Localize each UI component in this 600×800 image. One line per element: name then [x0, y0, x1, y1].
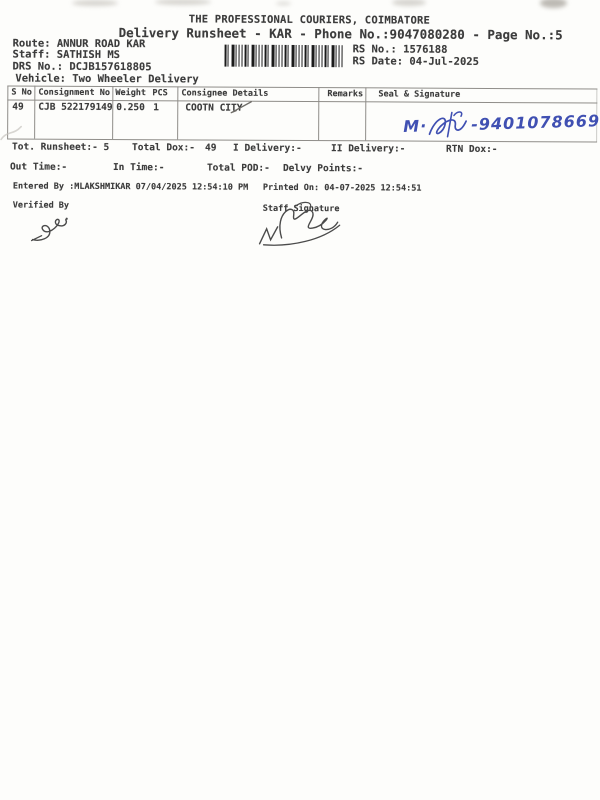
staff-signature [252, 198, 348, 249]
document-content: THE PROFESSIONAL COURIERS, COIMBATORE De… [0, 0, 600, 800]
times-in-time: In Time:- [113, 163, 165, 174]
cell-s-no: 49 [12, 102, 24, 112]
col-header-seal-signature: Seal & Signature [378, 90, 460, 100]
handwriting-number: -9401078669 [471, 111, 600, 134]
totals-ii-delivery: II Delivery:- [331, 144, 405, 155]
pen-check-mark [229, 99, 257, 115]
col-header-pcs: PCS [152, 89, 167, 98]
vehicle-line: Vehicle: Two Wheeler Delivery [15, 74, 198, 87]
col-header-s-no: S No [11, 88, 32, 97]
page-subtitle: Delivery Runsheet - KAR - Phone No.:9047… [119, 26, 563, 42]
verified-by-signature [30, 213, 78, 245]
rs-date-line: RS Date: 04-Jul-2025 [352, 56, 478, 68]
totals-i-delivery: I Delivery:- [233, 144, 302, 155]
cell-weight: 0.250 [116, 103, 145, 114]
pencil-smudge-mark [0, 122, 24, 142]
col-header-consignment-no: Consignment No [38, 89, 110, 99]
scanned-delivery-runsheet-page: THE PROFESSIONAL COURIERS, COIMBATORE De… [0, 0, 600, 800]
seal-signature-handwriting: M· -9401078669 [403, 105, 600, 141]
entered-by-line: Entered By :MLAKSHMIKAR 07/04/2025 12:54… [13, 182, 248, 193]
times-total-pod: Total POD:- [207, 164, 270, 175]
runsheet-table: S No Consignment No Weight PCS Consignee… [1, 0, 600, 2]
times-delvy-points: Delvy Points:- [283, 164, 363, 175]
totals-rtn-dox: RTN Dox:- [446, 145, 498, 156]
totals-dox-label: Total Dox:- [132, 143, 195, 154]
times-out-time: Out Time:- [10, 162, 67, 173]
signature-scribble-icon [427, 109, 472, 140]
col-header-consignee-details: Consignee Details [181, 89, 268, 99]
printed-on-line: Printed On: 04-07-2025 12:54:51 [263, 184, 422, 194]
col-header-weight: Weight [115, 89, 146, 99]
totals-dox-value: 49 [205, 144, 217, 154]
barcode [224, 45, 342, 68]
col-header-remarks: Remarks [327, 90, 363, 100]
totals-runsheet: Tot. Runsheet:- 5 [12, 142, 109, 153]
verified-by-label: Verified By [13, 201, 69, 211]
cell-consignment-no: CJB 522179149 [38, 103, 112, 114]
cell-pcs: 1 [153, 103, 159, 113]
handwriting-prefix: M· [403, 116, 428, 136]
